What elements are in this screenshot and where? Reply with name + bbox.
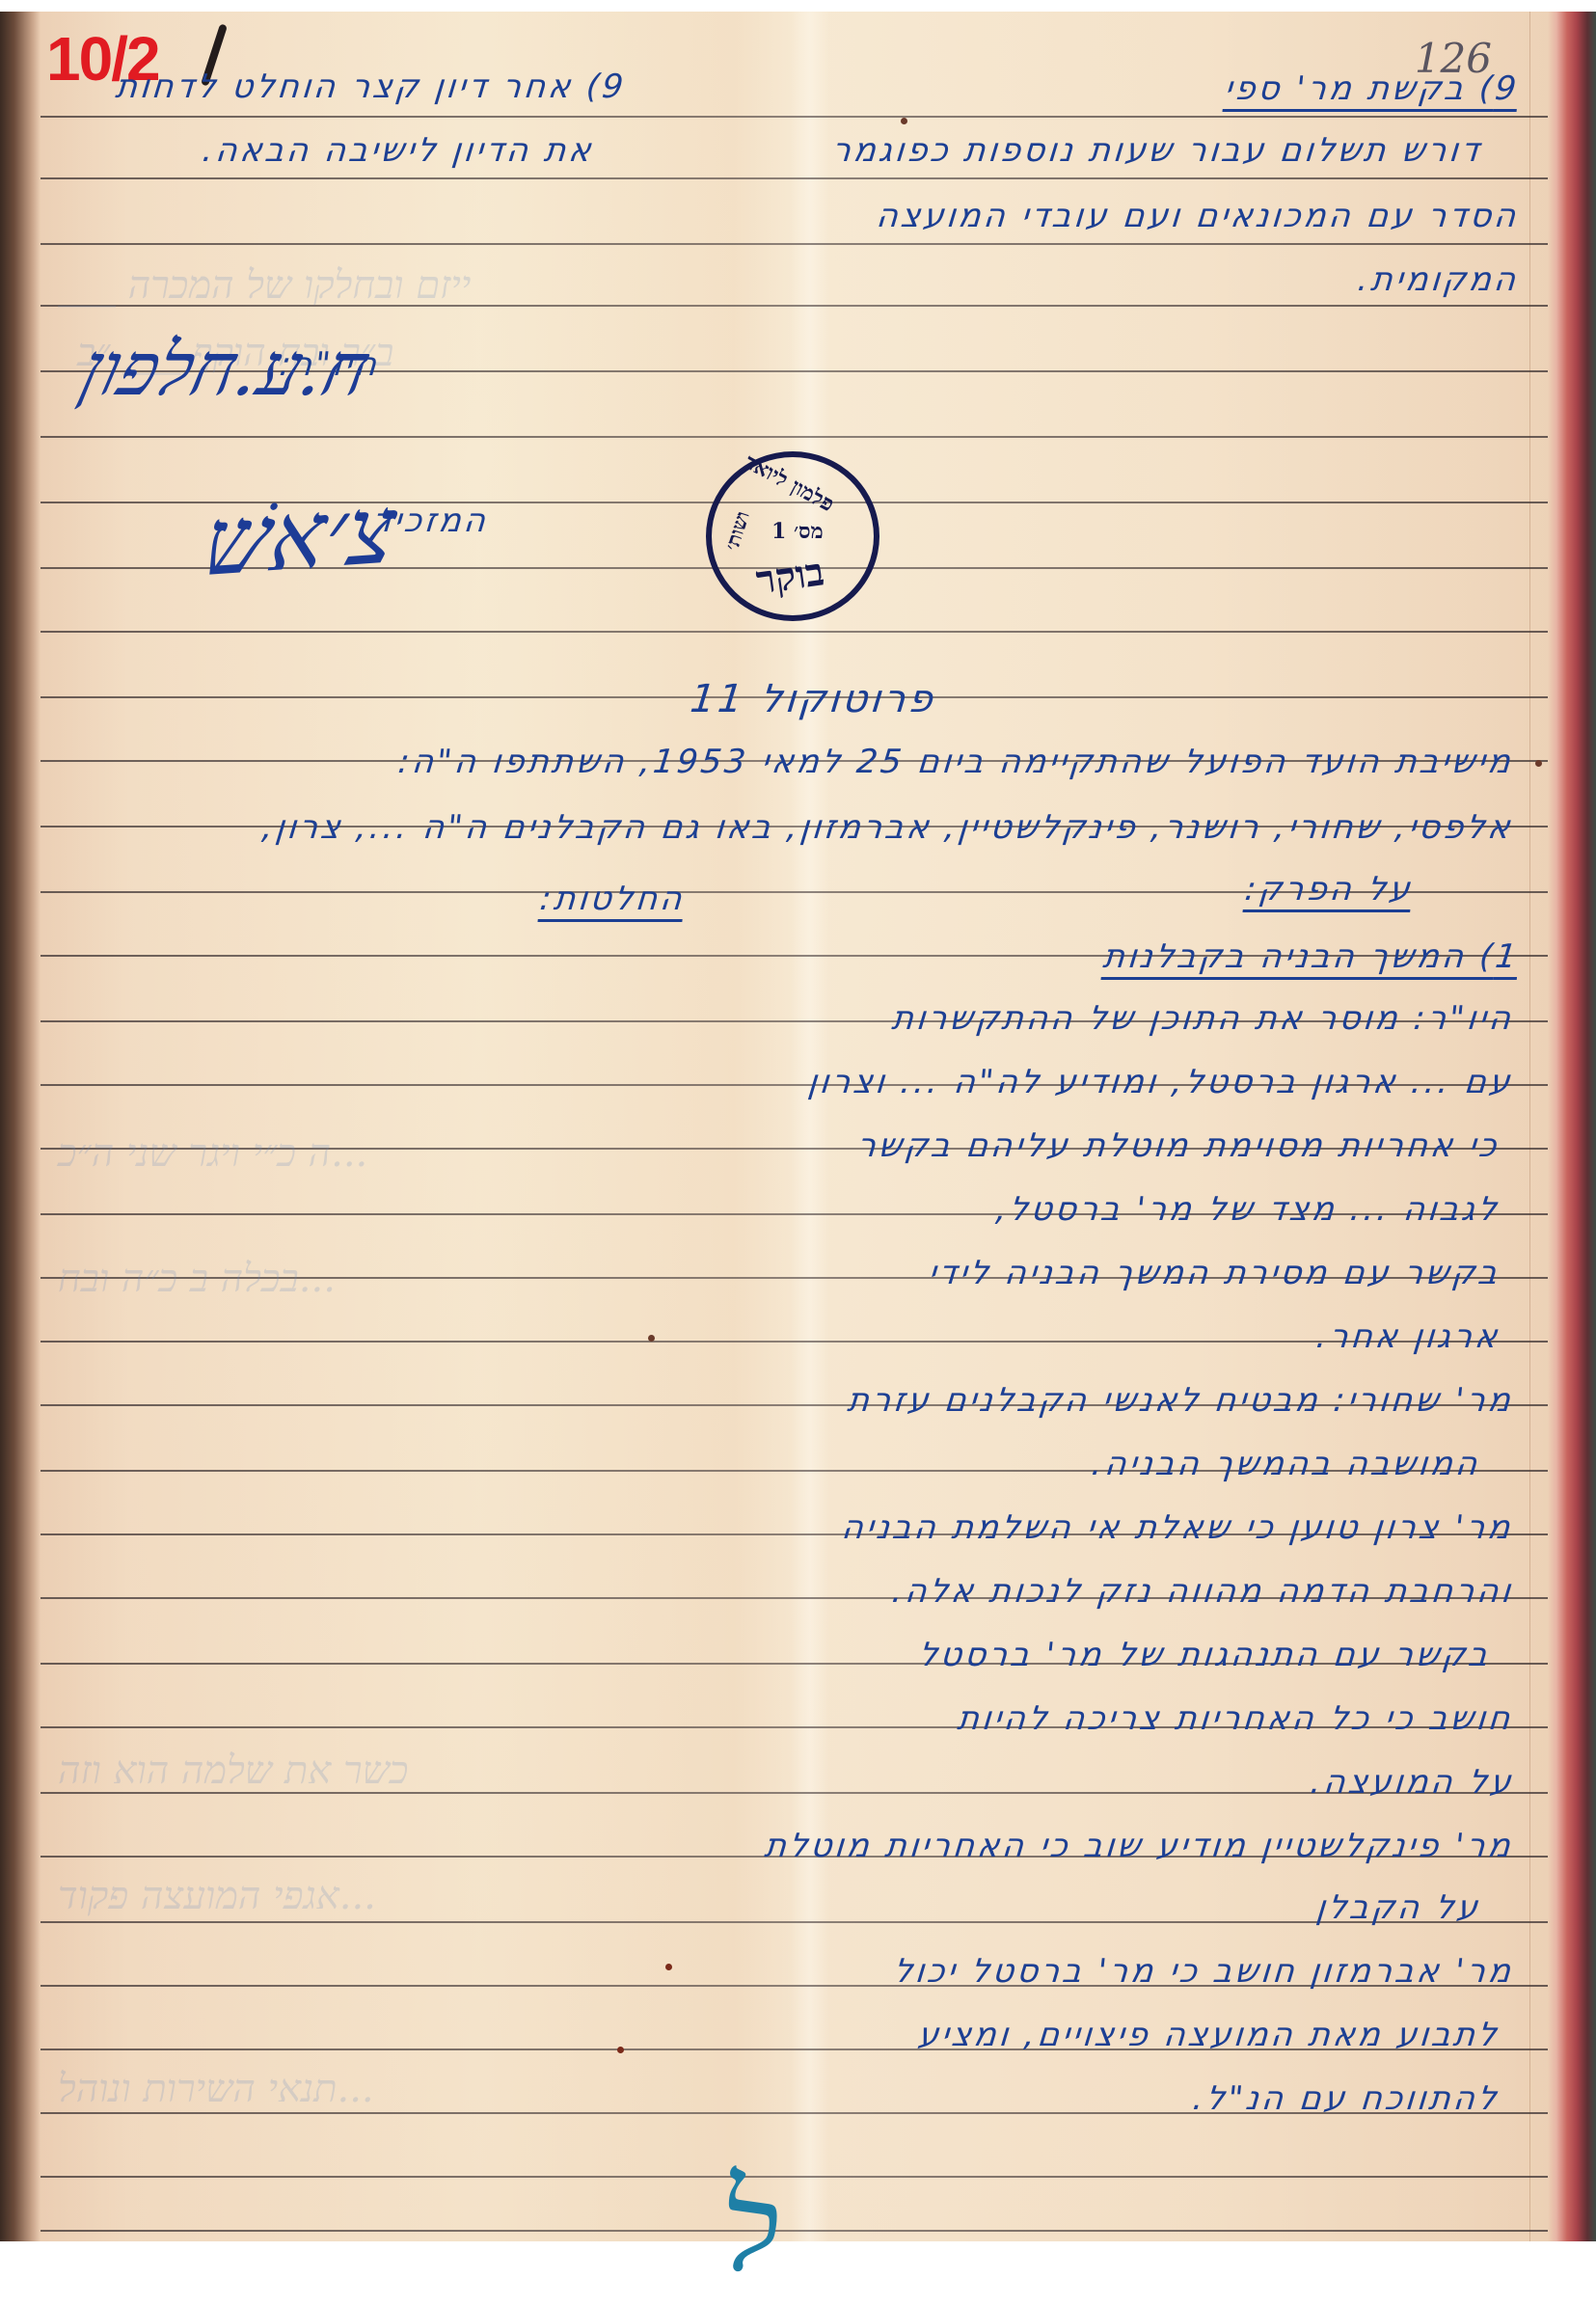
discussion-line: עם ... ארגון ברסטל, ומודיע לה"ה ... וצרו… [806,1063,1515,1101]
discussion-line: להתווכח עם הנ"ל. [1191,2079,1501,2118]
stamp-place: בוקר [753,549,826,603]
discussion-line: המושבה בהמשך הבניה. [1090,1445,1482,1483]
binding-gutter-left [0,12,41,2241]
discussion-line: על המועצה. [1308,1763,1515,1802]
closing-pen-mark: ל [714,2152,793,2241]
discussion-line: לגבוה ... מצד של מר' ברסטל, [994,1190,1501,1229]
item-9-heading: 9) בקשת מר' ספי [1223,69,1521,108]
margin-line [1529,12,1530,2241]
archive-stamp: פלמון ליואר ושות׳ מס׳ 1 בוקר [706,451,879,621]
discussion-line: והרחבת הדמה מהווה נזק לנכות אלה. [890,1572,1515,1611]
item-9-line-1: דורש תשלום עבור שעות נוספות כפוגמר [830,131,1484,170]
discussion-line: לתבוע מאת המועצה פיצויים, ומציע [916,2016,1501,2054]
discussion-line: מר' צרון טוען כי שאלת אי השלמת הבניה [840,1508,1515,1547]
item-1-title: 1) המשך הבניה בקבלנות [1101,937,1521,976]
agenda-label: על הפרק: [1243,870,1415,909]
item-9-line-3: המקומית. [1356,260,1521,299]
paper-fold-highlight [791,12,829,2241]
stamp-arc-top: פלמון ליואר [741,449,838,517]
discussion-line: כי אחריות מסוימת מוטלת עליהם בקשר [855,1126,1501,1165]
secretary-signature: צ׳אשׁ [199,475,400,598]
discussion-line: מר' שחורי: מבטיח לאנשי הקבלנים עזרת [846,1381,1515,1420]
chair-signature: ח.ע.חלפון [72,326,379,413]
discussion-line: בקשר עם התנהגות של מר' ברסטל [917,1636,1492,1674]
discussion-line: בקשר עם מסירת המשך הבניה לידי [927,1254,1502,1292]
discussion-line: מר' אברמזון חושב כי מר' ברסטל יכול [892,1952,1516,1991]
attendance-line-1: מישיבת הועד הפועל שהתקיימה ביום 25 למאי … [396,743,1515,781]
stamp-arc-left: ושות׳ [719,508,755,554]
discussion-line: מר' פינקלשטיין מודיע שוב כי האחריות מוטל… [763,1827,1515,1865]
discussion-line: על הקבלן [1314,1888,1482,1927]
deferred-item-line-1: 9) אחר דיון קצר הוחלט לדחות [114,68,628,106]
decisions-label: החלטות: [538,880,687,918]
attendance-line-2: אלפסי, שחורי, רושנר, פינקלשטיין, אברמזון… [260,808,1515,847]
stamp-number: מס׳ 1 [771,519,824,544]
discussion-line: ארגון אחר. [1314,1317,1501,1356]
protocol-title: פרוטוקול 11 [689,677,938,721]
discussion-line: חושב כי כל האחריות צריכה להיות [956,1699,1515,1738]
item-9-line-2: הסדר עם המכונאים ועם עובדי המועצה [875,197,1521,235]
binding-edge-right [1548,12,1596,2241]
discussion-line: היו"ר: מוסר את התוכן של ההתקשרות [890,999,1516,1038]
deferred-item-line-2: את הדיון לישיבה הבאה. [201,131,596,170]
scanned-ledger-page: ייזם ובחלקו של המכרה ___ ב״ר ובח הוקף __… [0,12,1596,2241]
